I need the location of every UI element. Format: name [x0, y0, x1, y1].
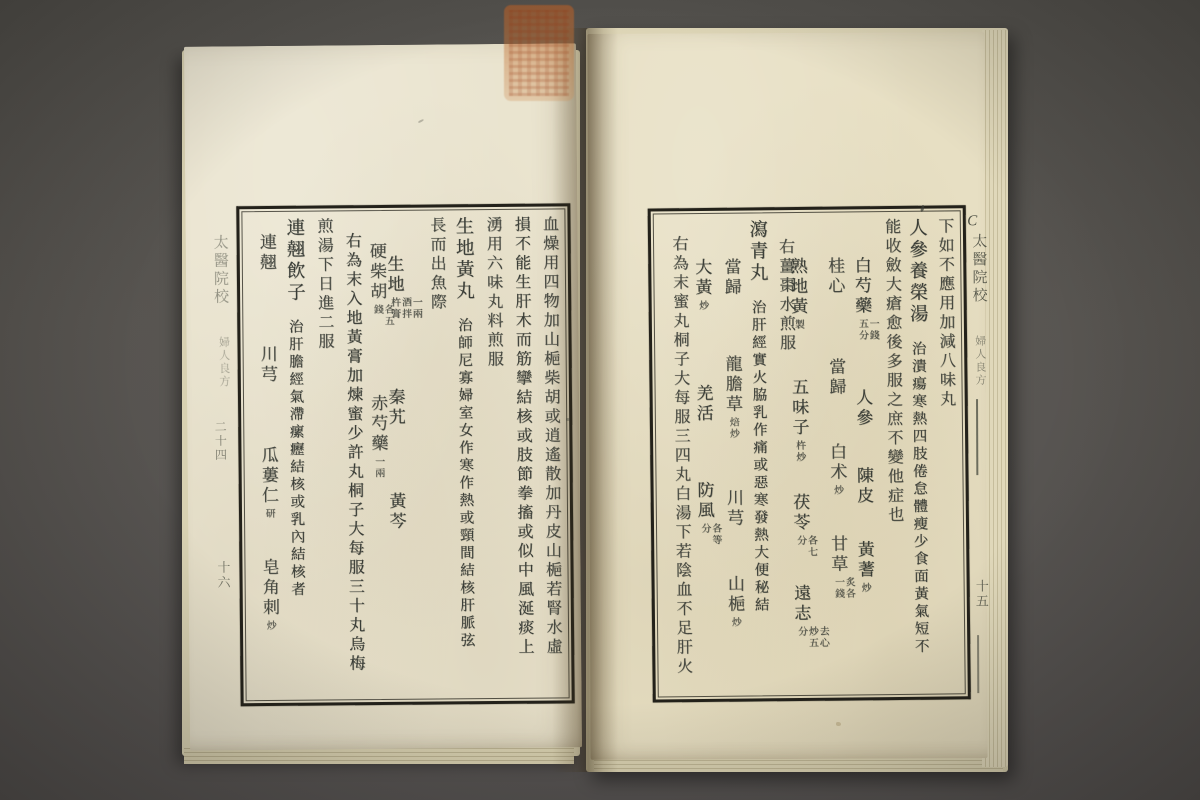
column-text: 治潰瘍寒熱四肢倦怠體瘦少食面黃氣短不 — [909, 340, 928, 655]
text-column: 湧用六味丸料煎服 — [476, 216, 508, 692]
right-page-columns: 下如不應用加減八味丸人參養榮湯治潰瘍寒熱四肢倦怠體瘦少食面黃氣短不能收斂大瘡愈後… — [651, 208, 968, 699]
column-text: 治肝膽經氣滯瘰癧結核或乳內結核者 — [287, 319, 305, 599]
column-text: 羌活 — [693, 384, 712, 424]
column-text: 煎湯下日進二服 — [315, 217, 333, 352]
column-text: 大黃炒 — [692, 258, 712, 312]
column-text: 治肝經實火脇乳作痛或惡寒發熱大便秘結 — [749, 299, 768, 614]
handwritten-mark: C — [967, 213, 977, 230]
column-text: 桂心 — [825, 257, 844, 297]
column-text: 皂角刺炒 — [260, 558, 280, 632]
left-page-margin: 太醫院校 婦人良方 二十四 十六 — [213, 208, 239, 700]
column-text: 瓜蔞仁研 — [259, 446, 279, 520]
inline-annotation: 炒 — [696, 300, 707, 312]
right-page-text-frame: 下如不應用加減八味丸人參養榮湯治潰瘍寒熱四肢倦怠體瘦少食面黃氣短不能收斂大瘡愈後… — [648, 205, 971, 702]
column-text: 人參 — [853, 388, 872, 428]
column-text: 右薑棗水煎服 — [776, 238, 794, 353]
margin-rule — [977, 635, 979, 693]
column-text: 黃蓍炒 — [855, 540, 875, 594]
inline-annotation: 各五錢 — [370, 304, 392, 330]
red-seal-stamp — [504, 5, 574, 101]
left-page-columns: 血燥用四物加山梔柴胡或逍遙散加丹皮山梔若腎水虛損不能生肝木而筋攣結核或肢節拳搐或… — [239, 206, 571, 703]
inline-annotation: 焙炒 — [726, 417, 737, 440]
inline-annotation: 炒 — [263, 620, 274, 632]
inline-annotation: 一錢五分 — [855, 318, 877, 344]
column-text: 長而出魚際 — [428, 216, 446, 312]
text-column: 能收斂大瘡愈後多服之庶不變他症也 — [876, 218, 908, 688]
column-text: 赤芍藥一兩 — [368, 394, 388, 479]
column-text: 川芎 — [724, 489, 743, 529]
column-text: 湧用六味丸料煎服 — [484, 216, 502, 370]
text-column: 白芍藥一錢五分人參陳皮黃蓍炒 — [849, 218, 881, 688]
photo-scene: 血燥用四物加山梔柴胡或逍遙散加丹皮山梔若腎水虛損不能生肝木而筋攣結核或肢節拳搐或… — [0, 0, 1200, 800]
text-column: 大黃炒羌活防風各等分 — [690, 220, 722, 690]
inline-annotation: 炒 — [858, 582, 869, 594]
column-text: 人參養榮湯 — [906, 218, 927, 326]
inline-annotation: 一兩 — [372, 456, 383, 479]
ink-speck — [566, 418, 570, 421]
text-column: 右為末入地黃膏加煉蜜少許丸桐子大每服三十丸烏梅 — [335, 217, 367, 693]
column-text: 白术炒 — [827, 443, 847, 497]
text-column: 右薑棗水煎服 — [770, 219, 802, 689]
column-text: 能收斂大瘡愈後多服之庶不變他症也 — [883, 218, 903, 525]
column-text: 甘草炙各一錢 — [828, 534, 848, 602]
inline-annotation: 炙各一錢 — [832, 576, 854, 602]
text-column: 瀉青丸治肝經實火脇乳作痛或惡寒發熱大便秘結 — [743, 219, 775, 689]
column-text: 下如不應用加減八味丸 — [936, 217, 955, 409]
margin-title: 太醫院校 — [213, 234, 231, 306]
ink-speck — [836, 722, 841, 726]
column-text: 龍膽草焙炒 — [722, 355, 742, 440]
text-column: 下如不應用加減八味丸 — [929, 217, 961, 687]
column-text: 右為末蜜丸桐子大每服三四丸白湯下若陰血不足肝火 — [670, 235, 692, 677]
column-text: 當歸 — [721, 258, 740, 298]
text-column: 煎湯下日進二服 — [307, 217, 339, 693]
text-column: 當歸龍膽草焙炒川芎山梔炒 — [716, 220, 748, 690]
folio-number: 十五 — [972, 579, 991, 609]
margin-rule — [976, 399, 978, 475]
column-text: 川芎 — [258, 345, 277, 385]
left-page-text-frame: 血燥用四物加山梔柴胡或逍遙散加丹皮山梔若腎水虛損不能生肝木而筋攣結核或肢節拳搐或… — [236, 203, 574, 706]
text-column: 長而出魚際 — [419, 216, 451, 692]
text-column: 生地黃丸治師尼寡婦室女作寒作熱或頸間結核肝脈弦 — [448, 216, 480, 692]
column-text: 連翹飲子 — [284, 218, 305, 304]
text-column: 損不能生肝木而筋攣結核或肢節拳搐或似中風涎痰上 — [504, 216, 536, 692]
text-column: 熟地黃製五味子杵炒茯苓各七分遠志去心炒五分 — [796, 219, 828, 689]
inline-annotation: 各等分 — [698, 523, 720, 549]
text-column: 生地一兩酒拌杵膏秦艽黃芩 — [391, 217, 423, 693]
margin-title: 太醫院校 — [968, 233, 989, 305]
volume-number: 二十四 — [213, 420, 229, 462]
right-page-margin: C 太醫院校 婦人良方 十五 — [964, 207, 992, 697]
text-column: 連翹川芎瓜蔞仁研皂角刺炒 — [250, 218, 282, 694]
text-column: 桂心當歸白术炒甘草炙各一錢 — [823, 218, 855, 688]
column-text: 當歸 — [826, 357, 845, 397]
text-column: 硬柴胡各五錢赤芍藥一兩 — [363, 217, 395, 693]
column-text: 山梔炒 — [725, 575, 745, 629]
right-page: 下如不應用加減八味丸人參養榮湯治潰瘍寒熱四肢倦怠體瘦少食面黃氣短不能收斂大瘡愈後… — [587, 32, 987, 760]
column-text: 血燥用四物加山梔柴胡或逍遙散加丹皮山梔若腎水虛 — [540, 215, 561, 657]
column-text: 右為末入地黃膏加煉蜜少許丸桐子大每服三十丸烏梅 — [343, 232, 364, 674]
text-column: 連翹飲子治肝膽經氣滯瘰癧結核或乳內結核者 — [279, 218, 311, 694]
text-column: 血燥用四物加山梔柴胡或逍遙散加丹皮山梔若腎水虛 — [532, 215, 564, 691]
column-text: 防風各等分 — [694, 481, 714, 549]
margin-series: 婦人良方 — [215, 336, 231, 388]
inline-annotation: 研 — [262, 508, 273, 520]
folio-number: 十六 — [213, 560, 232, 590]
column-text: 陳皮 — [854, 466, 873, 506]
left-page: 血燥用四物加山梔柴胡或逍遙散加丹皮山梔若腎水虛損不能生肝木而筋攣結核或肢節拳搐或… — [184, 43, 582, 750]
text-column: 右為末蜜丸桐子大每服三四丸白湯下若陰血不足肝火 — [663, 220, 695, 690]
text-column: 人參養榮湯治潰瘍寒熱四肢倦怠體瘦少食面黃氣短不 — [903, 218, 935, 688]
column-text: 硬柴胡各五錢 — [367, 242, 387, 330]
column-text: 損不能生肝木而筋攣結核或肢節拳搐或似中風涎痰上 — [512, 216, 533, 658]
inline-annotation: 炒 — [728, 617, 739, 629]
column-text: 白芍藥一錢五分 — [852, 256, 872, 344]
column-text: 連翹 — [257, 233, 276, 273]
margin-series: 婦人良方 — [972, 335, 988, 387]
inline-annotation: 炒 — [831, 485, 842, 497]
column-text: 生地黃丸 — [453, 216, 474, 302]
column-text: 治師尼寡婦室女作寒作熱或頸間結核肝脈弦 — [456, 317, 475, 650]
column-text: 瀉青丸 — [747, 219, 768, 284]
